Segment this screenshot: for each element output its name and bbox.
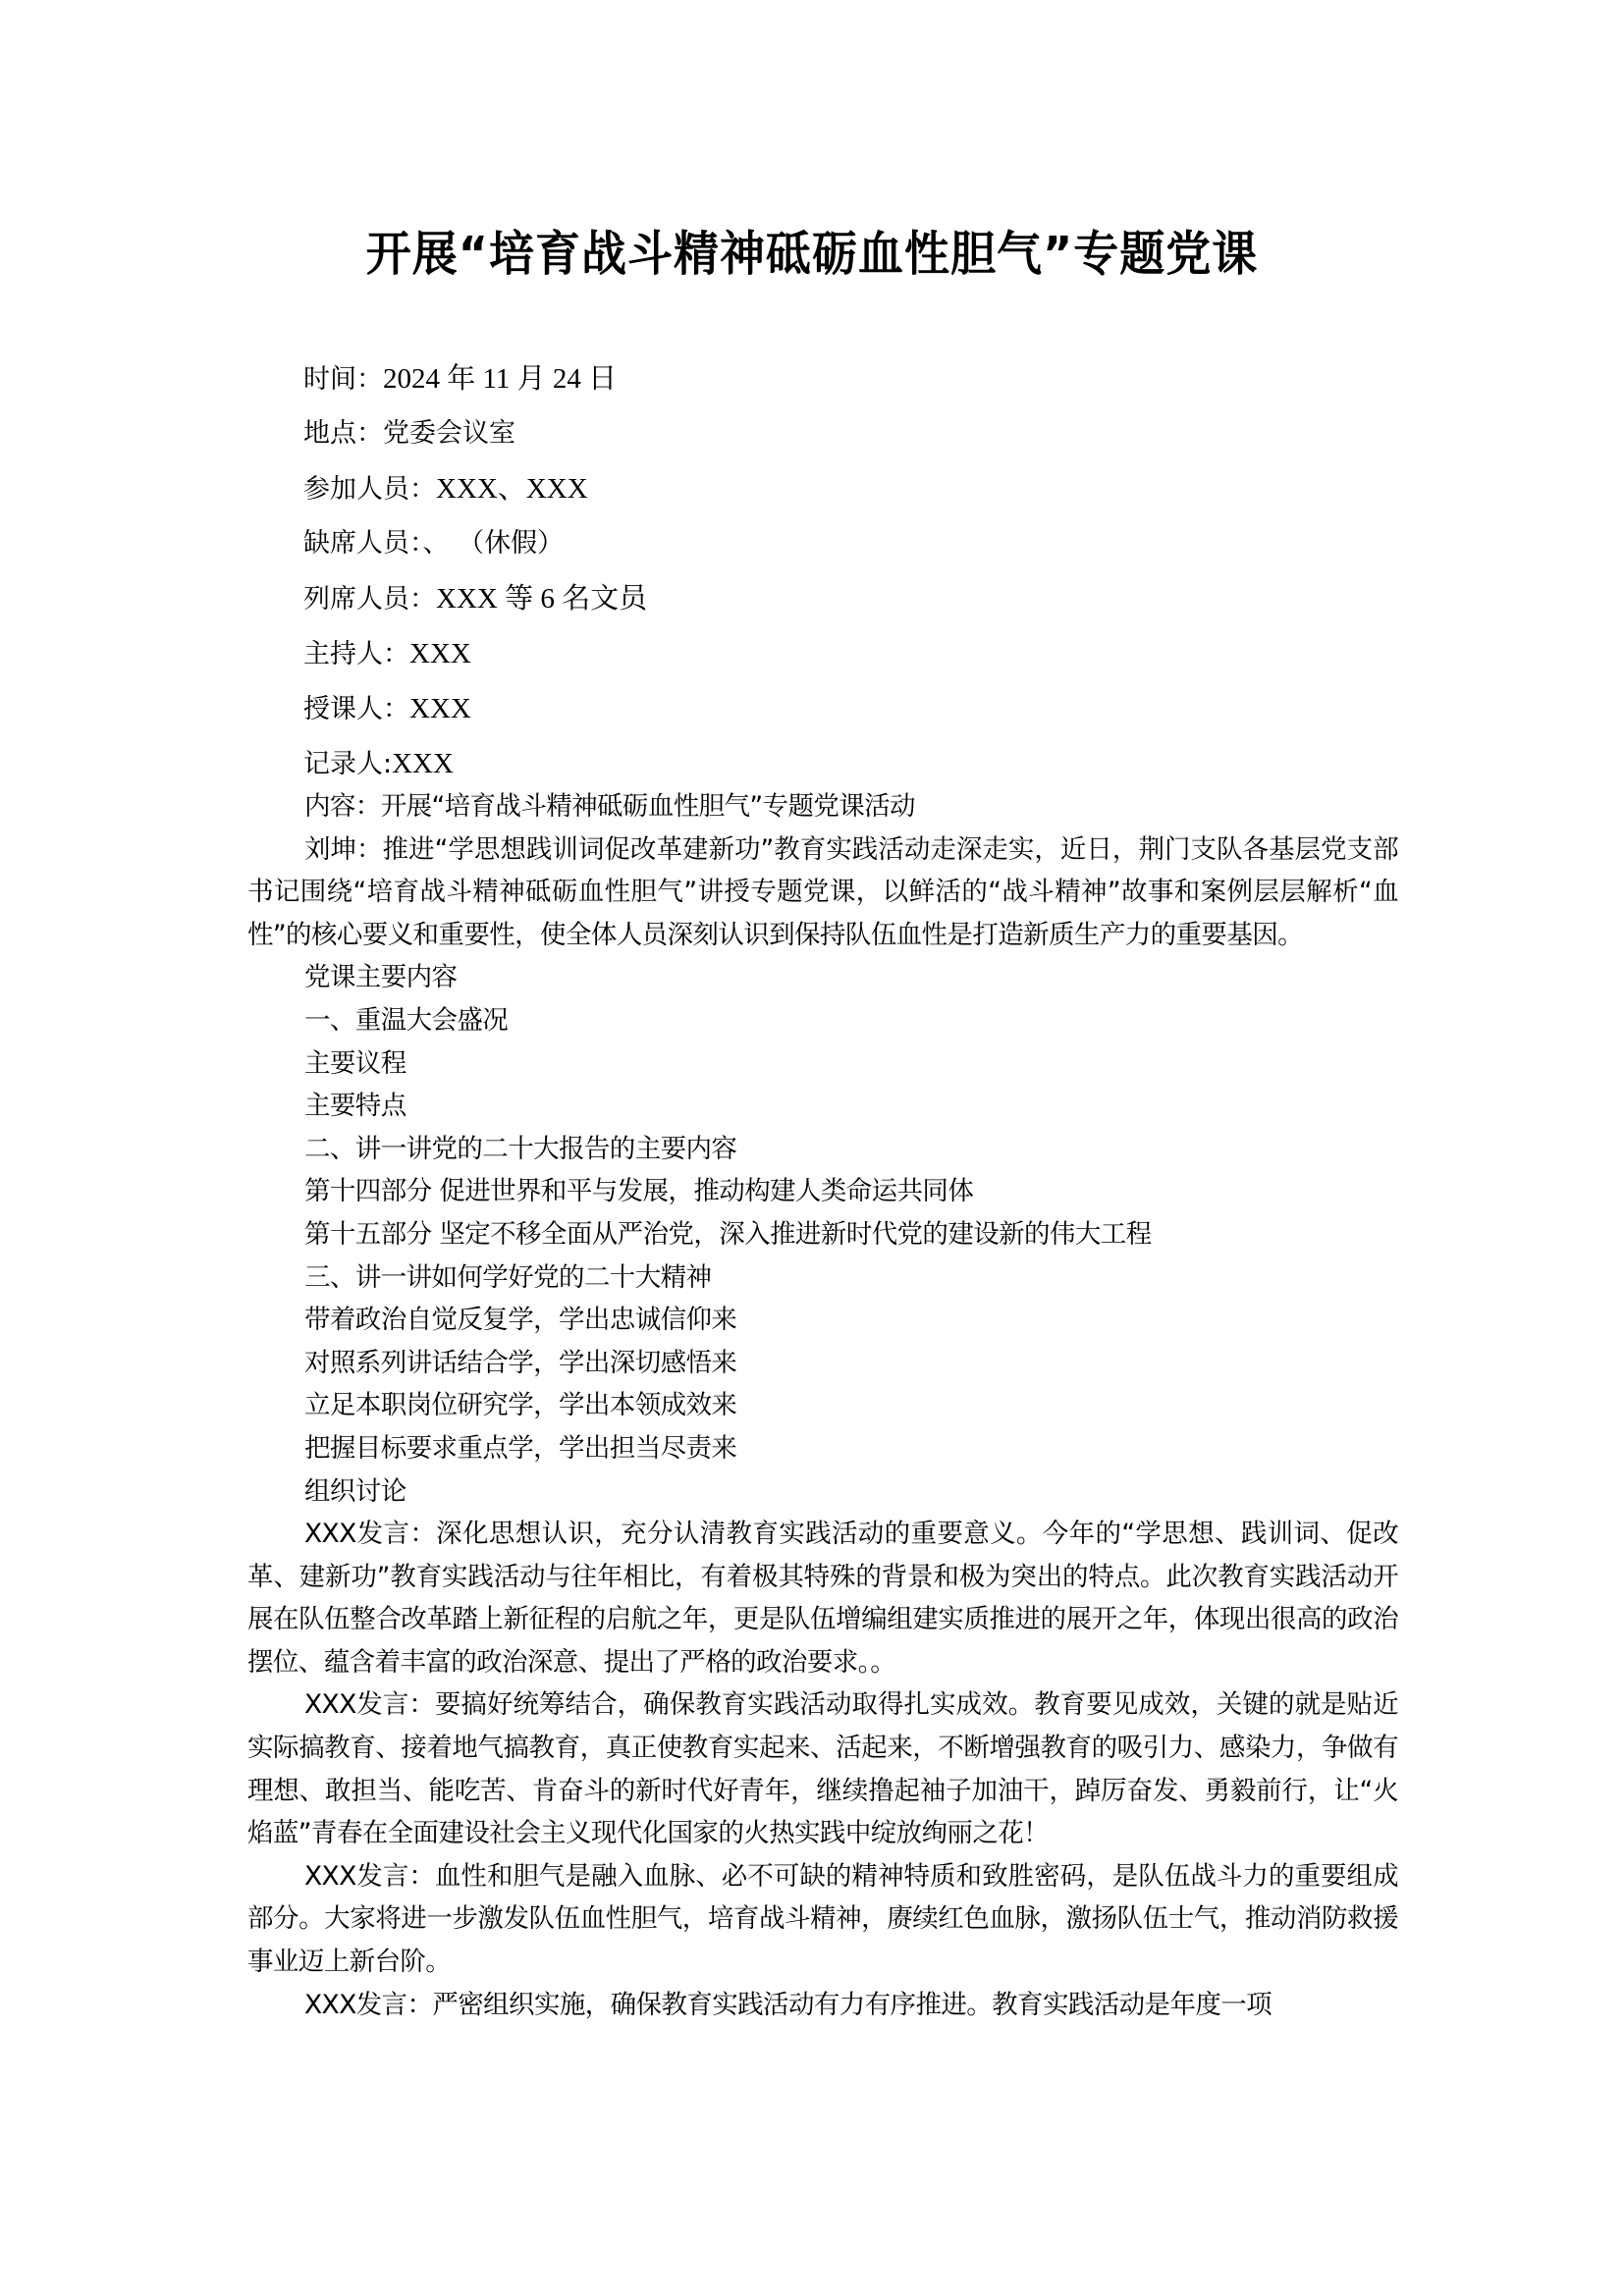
meta-location: 地点：党委会议室 xyxy=(303,406,647,461)
outline-item: 二、讲一讲党的二十大报告的主要内容 xyxy=(247,1128,1398,1171)
document-title: 开展“培育战斗精神砥砺血性胆气”专题党课 xyxy=(0,223,1624,285)
outline-item: 第十五部分 坚定不移全面从严治党，深入推进新时代党的建设新的伟大工程 xyxy=(247,1213,1398,1256)
speech-paragraph: XXX发言：严密组织实施，确保教育实践活动有力有序推进。教育实践活动是年度一项 xyxy=(247,1984,1398,2027)
meeting-info: 时间：2024 年 11 月 24 日 地点：党委会议室 参加人员：XXX、XX… xyxy=(303,351,647,791)
outline-item: 三、讲一讲如何学好党的二十大精神 xyxy=(247,1256,1398,1300)
content-line: 内容：开展“培育战斗精神砥砺血性胆气”专题党课活动 xyxy=(247,785,1398,828)
outline-item: 党课主要内容 xyxy=(247,956,1398,999)
document-body: 内容：开展“培育战斗精神砥砺血性胆气”专题党课活动 刘坤：推进“学思想践训词促改… xyxy=(247,785,1398,2026)
meta-lecturer: 授课人：XXX xyxy=(303,681,647,736)
outline-item: 一、重温大会盛况 xyxy=(247,999,1398,1042)
meta-observers: 列席人员：XXX 等 6 名文员 xyxy=(303,571,647,626)
document-page: 开展“培育战斗精神砥砺血性胆气”专题党课 时间：2024 年 11 月 24 日… xyxy=(0,0,1624,2296)
meta-attendees: 参加人员：XXX、XXX xyxy=(303,461,647,516)
outline-item: 带着政治自觉反复学，学出忠诚信仰来 xyxy=(247,1299,1398,1342)
outline-item: 第十四部分 促进世界和平与发展，推动构建人类命运共同体 xyxy=(247,1170,1398,1213)
meta-time: 时间：2024 年 11 月 24 日 xyxy=(303,351,647,406)
outline-item: 把握目标要求重点学，学出担当尽责来 xyxy=(247,1427,1398,1470)
speech-paragraph: XXX发言：血性和胆气是融入血脉、必不可缺的精神特质和致胜密码，是队伍战斗力的重… xyxy=(247,1855,1398,1984)
outline-item: 主要议程 xyxy=(247,1042,1398,1086)
speech-paragraph: XXX发言：深化思想认识，充分认清教育实践活动的重要意义。今年的“学思想、践训词… xyxy=(247,1513,1398,1683)
intro-paragraph: 刘坤：推进“学思想践训词促改革建新功”教育实践活动走深走实，近日，荆门支队各基层… xyxy=(247,828,1398,957)
speech-paragraph: XXX发言：要搞好统筹结合，确保教育实践活动取得扎实成效。教育要见成效，关键的就… xyxy=(247,1683,1398,1854)
outline-item: 对照系列讲话结合学，学出深切感悟来 xyxy=(247,1342,1398,1385)
meta-absent: 缺席人员：、 （休假） xyxy=(303,516,647,571)
meta-host: 主持人：XXX xyxy=(303,626,647,681)
outline-item: 组织讨论 xyxy=(247,1470,1398,1514)
outline-item: 主要特点 xyxy=(247,1085,1398,1128)
meta-recorder: 记录人:XXX xyxy=(303,736,647,791)
outline-item: 立足本职岗位研究学，学出本领成效来 xyxy=(247,1384,1398,1427)
